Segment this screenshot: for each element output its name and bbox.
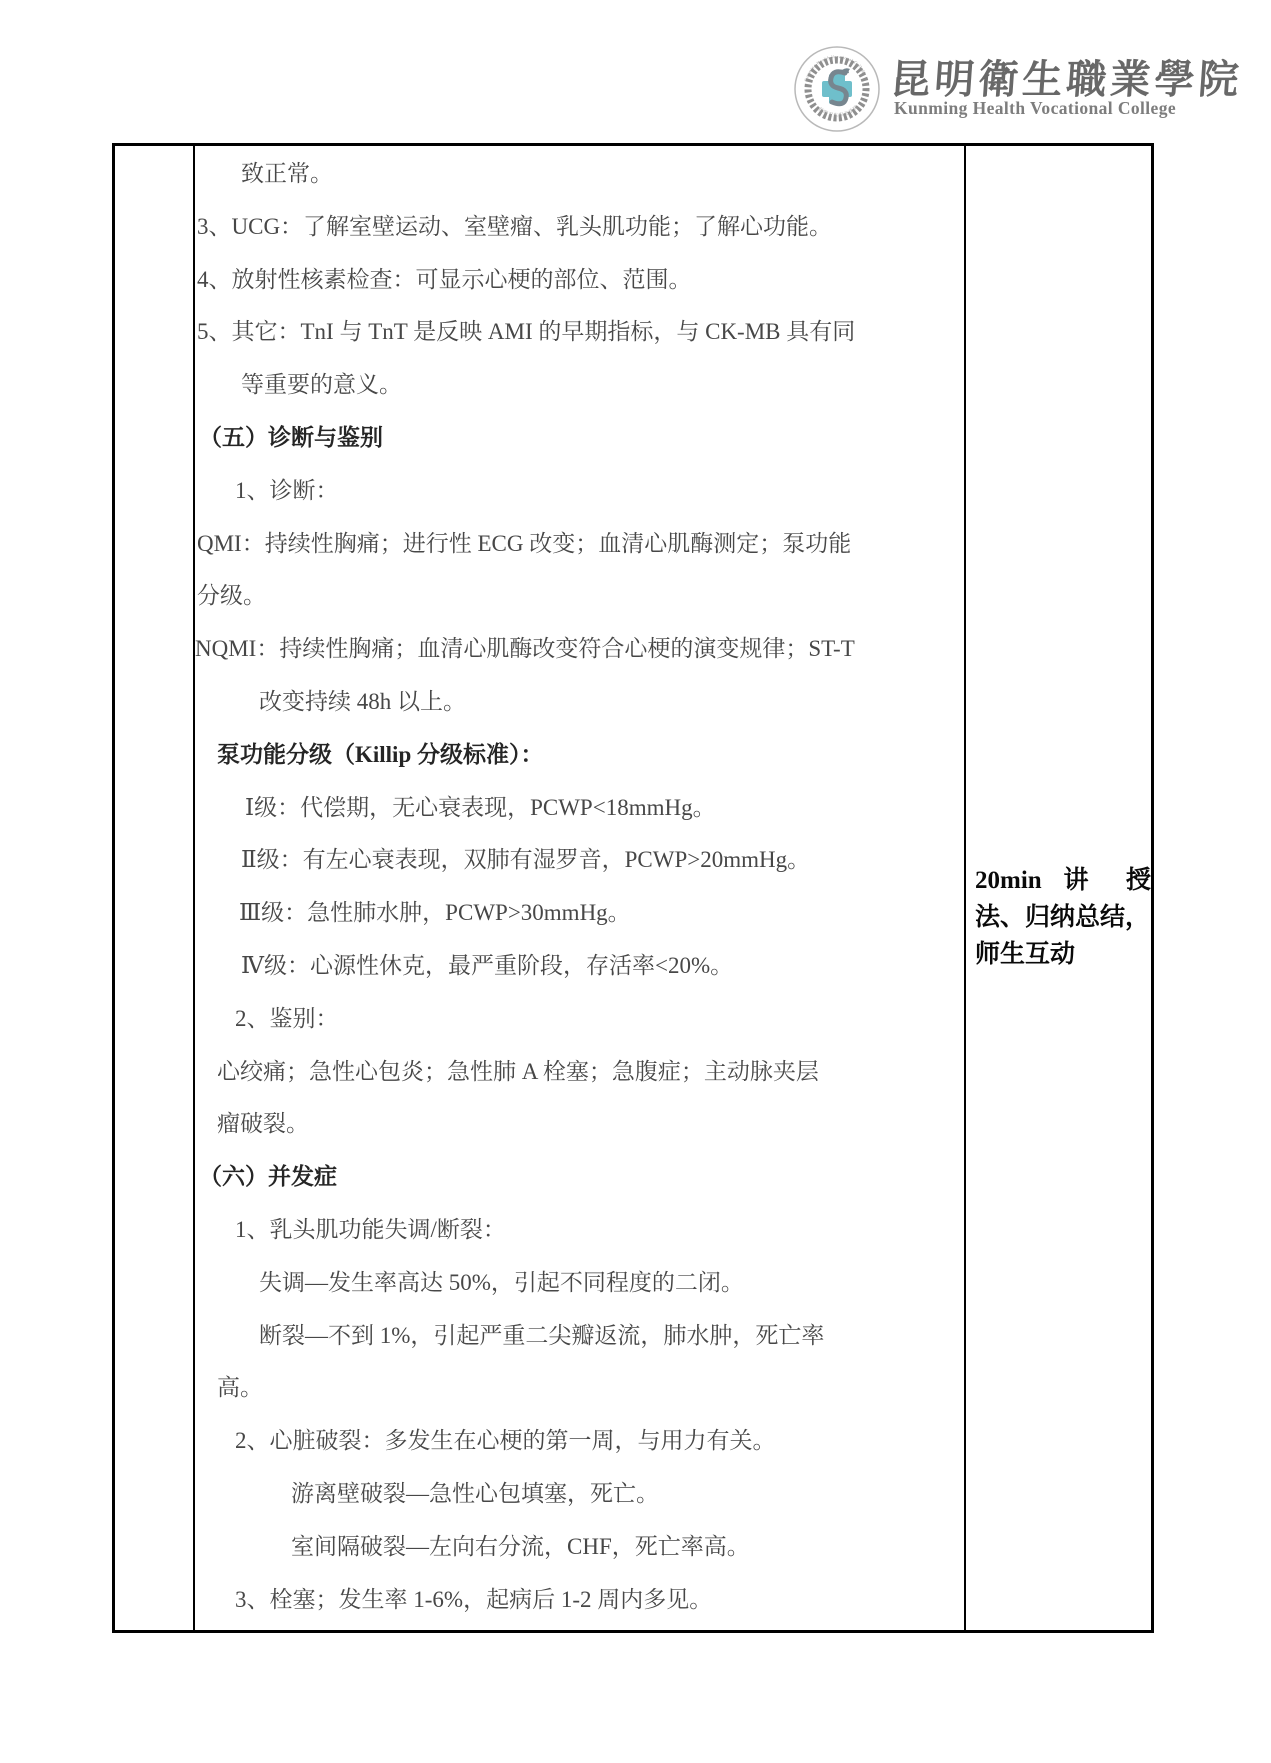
content-line: 泵功能分级（Killip 分级标准）： — [195, 729, 964, 782]
content-line: 等重要的意义。 — [195, 359, 964, 412]
college-logo-seal: Kunming Health Vocational College 昆明卫生职业… — [792, 44, 882, 134]
content-line: 3、栓塞；发生率 1-6%，起病后 1-2 周内多见。 — [195, 1574, 964, 1627]
page: { "header": { "college_name_zh": "昆明衛生職業… — [0, 0, 1271, 1763]
lesson-plan-table: 致正常。3、UCG：了解室壁运动、室壁瘤、乳头肌功能；了解心功能。4、放射性核素… — [112, 143, 1154, 1633]
content-line: Ⅲ级：急性肺水肿，PCWP>30mmHg。 — [195, 887, 964, 940]
content-line: 5、其它：TnI 与 TnT 是反映 AMI 的早期指标，与 CK-MB 具有同 — [195, 306, 964, 359]
content-line: （五）诊断与鉴别 — [195, 412, 964, 465]
content-line: 2、心脏破裂：多发生在心梗的第一周，与用力有关。 — [195, 1415, 964, 1468]
content-line: Ⅰ级：代偿期，无心衰表现，PCWP<18mmHg。 — [195, 782, 964, 835]
content-line: 4、放射性核素检查：可显示心梗的部位、范围。 — [195, 254, 964, 307]
content-line: 2、鉴别： — [195, 993, 964, 1046]
college-name-calligraphy: 昆明衛生職業學院 — [889, 48, 1182, 94]
content-line: Ⅳ级：心源性休克，最严重阶段，存活率<20%。 — [195, 940, 964, 993]
college-name-english: Kunming Health Vocational College — [894, 98, 1194, 119]
content-line: 瘤破裂。 — [195, 1098, 964, 1151]
content-line: 1、诊断： — [195, 465, 964, 518]
content-line: 断裂—不到 1%，引起严重二尖瓣返流，肺水肿，死亡率 — [195, 1310, 964, 1363]
content-line: 分级。 — [195, 570, 964, 623]
content-line: 1、乳头肌功能失调/断裂： — [195, 1204, 964, 1257]
content-line: 室间隔破裂—左向右分流，CHF，死亡率高。 — [195, 1521, 964, 1574]
content-line: 高。 — [195, 1362, 964, 1415]
content-line: 3、UCG：了解室壁运动、室壁瘤、乳头肌功能；了解心功能。 — [195, 201, 964, 254]
content-line: 心绞痛；急性心包炎；急性肺 A 栓塞；急腹症；主动脉夹层 — [195, 1046, 964, 1099]
content-line: NQMI：持续性胸痛；血清心肌酶改变符合心梗的演变规律；ST-T — [195, 623, 964, 676]
teaching-method-note: 20min 讲 授 法、归纳总结， 师生互动 — [975, 862, 1151, 973]
method-note-line: 20min 讲 授 — [975, 862, 1151, 899]
content-line: Ⅱ级：有左心衰表现，双肺有湿罗音，PCWP>20mmHg。 — [195, 834, 964, 887]
content-line: （六）并发症 — [195, 1151, 964, 1204]
stage-column-empty-cell — [115, 146, 193, 1630]
content-line: 游离壁破裂—急性心包填塞，死亡。 — [195, 1468, 964, 1521]
method-note-line: 法、归纳总结， — [975, 899, 1151, 936]
column-divider-right — [964, 146, 966, 1630]
content-column: 致正常。3、UCG：了解室壁运动、室壁瘤、乳头肌功能；了解心功能。4、放射性核素… — [195, 148, 964, 1626]
content-line: 改变持续 48h 以上。 — [195, 676, 964, 729]
content-line: QMI：持续性胸痛；进行性 ECG 改变；血清心肌酶测定；泵功能 — [195, 518, 964, 571]
method-note-line: 师生互动 — [975, 936, 1151, 973]
content-line: 致正常。 — [195, 148, 964, 201]
content-line: 失调—发生率高达 50%，引起不同程度的二闭。 — [195, 1257, 964, 1310]
